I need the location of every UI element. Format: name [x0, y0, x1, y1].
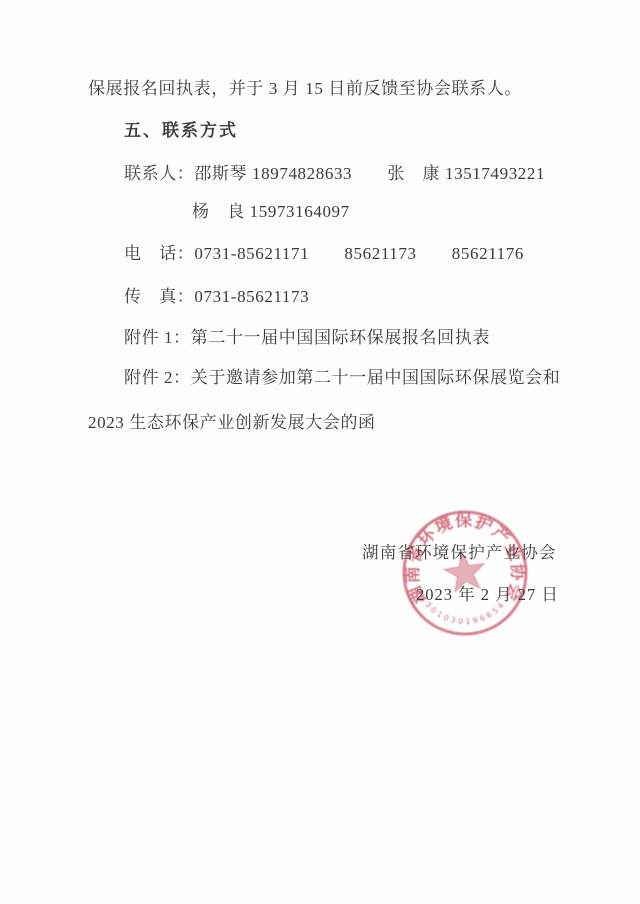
phone-line: 电 话：0731-85621171 85621173 85621176 [124, 244, 524, 264]
signature-organization: 湖南省环境保护产业协会 [362, 543, 557, 563]
section-heading: 五、联系方式 [124, 121, 238, 141]
contact-names-1: 邵斯琴 18974828633 张 康 13517493221 [194, 164, 545, 183]
contact-label: 联系人： [124, 164, 194, 183]
attachment-1-label: 附件 1： [124, 328, 191, 347]
phone-label: 电 话： [124, 244, 194, 263]
intro-line: 保展报名回执表，并于 3 月 15 日前反馈至协会联系人。 [88, 79, 522, 99]
fax-label: 传 真： [124, 287, 194, 306]
contact-persons-line-2: 杨 良 15973164097 [192, 202, 350, 222]
attachment-2-line: 附件 2：关于邀请参加第二十一届中国国际环保展览会和 [124, 368, 560, 388]
contact-persons-line: 联系人：邵斯琴 18974828633 张 康 13517493221 [124, 164, 545, 184]
document-page: 保展报名回执表，并于 3 月 15 日前反馈至协会联系人。 五、联系方式 联系人… [0, 0, 640, 904]
fax-line: 传 真：0731-85621173 [124, 287, 309, 307]
attachment-1-title: 第二十一届中国国际环保展报名回执表 [191, 328, 490, 347]
signature-date: 2023 年 2 月 27 日 [416, 585, 559, 605]
official-seal: 湖南省环境保护产业协会 4301030196654 [385, 493, 545, 653]
fax-number: 0731-85621173 [194, 287, 309, 306]
phone-numbers: 0731-85621171 85621173 85621176 [194, 244, 524, 263]
attachment-2-title: 关于邀请参加第二十一届中国国际环保展览会和 [191, 368, 561, 387]
contact-names-2: 杨 良 15973164097 [192, 202, 350, 221]
attachment-2-label: 附件 2： [124, 368, 191, 387]
attachment-2-continuation: 2023 生态环保产业创新发展大会的函 [88, 413, 376, 433]
attachment-1-line: 附件 1：第二十一届中国国际环保展报名回执表 [124, 328, 490, 348]
